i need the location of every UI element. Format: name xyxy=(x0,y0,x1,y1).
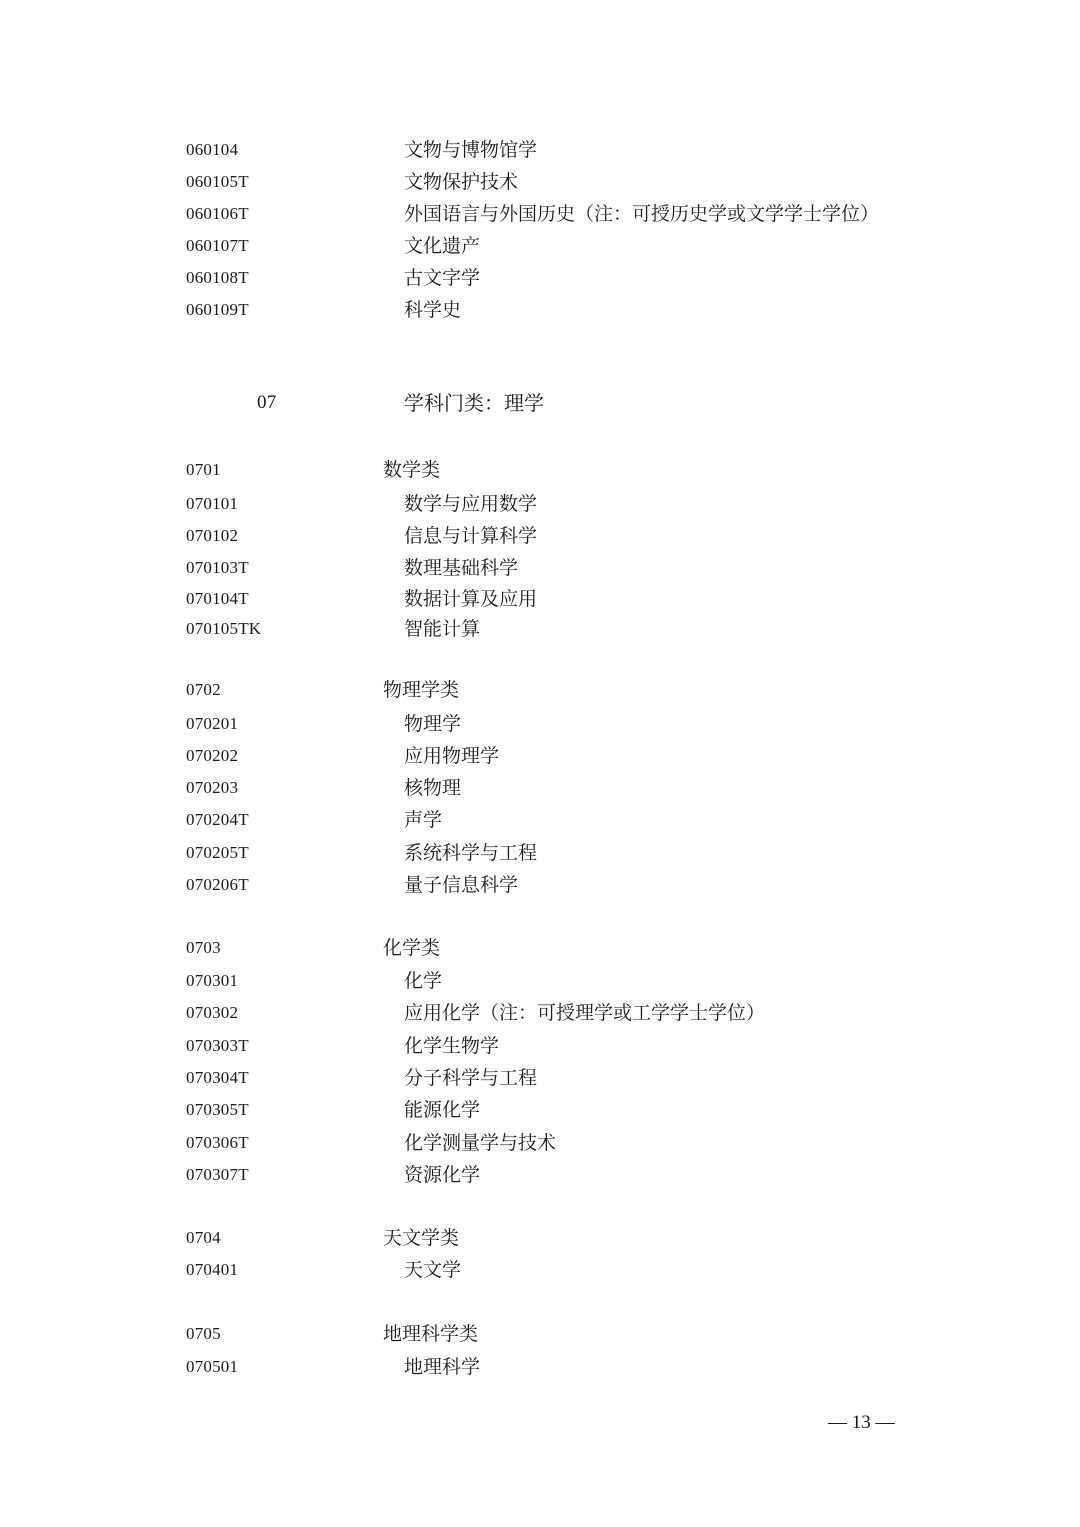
major-row-name: 外国语言与外国历史（注：可授历史学或文学学士学位） xyxy=(404,199,879,229)
major-row-name: 智能计算 xyxy=(404,614,480,644)
major-row-name: 数理基础科学 xyxy=(404,553,518,583)
major-row-code: 070205T xyxy=(186,838,249,868)
major-row: 060105T文物保护技术 xyxy=(0,167,1080,197)
major-row: 070204T声学 xyxy=(0,805,1080,835)
major-row-name: 数学与应用数学 xyxy=(404,489,537,519)
major-row-name: 化学生物学 xyxy=(404,1031,499,1061)
major-row: 070102信息与计算科学 xyxy=(0,521,1080,551)
group-heading-code: 0705 xyxy=(186,1319,221,1349)
major-row: 060107T文化遗产 xyxy=(0,231,1080,261)
group-heading-name: 物理学类 xyxy=(383,675,459,705)
major-row-name: 古文字学 xyxy=(404,263,480,293)
major-row: 070103T数理基础科学 xyxy=(0,553,1080,583)
major-row: 060104文物与博物馆学 xyxy=(0,135,1080,165)
major-row: 070305T能源化学 xyxy=(0,1095,1080,1125)
major-row: 070501地理科学 xyxy=(0,1352,1080,1382)
group-heading-name: 天文学类 xyxy=(383,1223,459,1253)
major-row-code: 060108T xyxy=(186,263,249,293)
major-row-code: 070305T xyxy=(186,1095,249,1125)
group-heading: 0703化学类 xyxy=(0,933,1080,963)
major-row-name: 地理科学 xyxy=(404,1352,480,1382)
major-row-name: 天文学 xyxy=(404,1255,461,1285)
major-row-name: 文物保护技术 xyxy=(404,167,518,197)
major-row-name: 信息与计算科学 xyxy=(404,521,537,551)
group-heading-code: 0701 xyxy=(186,455,221,485)
group-heading-name: 地理科学类 xyxy=(383,1319,478,1349)
major-row-code: 060106T xyxy=(186,199,249,229)
major-row-code: 070201 xyxy=(186,709,238,739)
major-row: 060109T科学史 xyxy=(0,295,1080,325)
group-heading-code: 0702 xyxy=(186,675,221,705)
major-row-code: 070203 xyxy=(186,773,238,803)
major-row: 070306T化学测量学与技术 xyxy=(0,1128,1080,1158)
major-row: 070105TK智能计算 xyxy=(0,614,1080,644)
major-row: 070205T系统科学与工程 xyxy=(0,838,1080,868)
major-row-code: 070301 xyxy=(186,966,238,996)
major-row: 070307T资源化学 xyxy=(0,1160,1080,1190)
major-row: 070203核物理 xyxy=(0,773,1080,803)
major-row: 060106T外国语言与外国历史（注：可授历史学或文学学士学位） xyxy=(0,199,1080,229)
major-row-code: 070202 xyxy=(186,741,238,771)
major-row-code: 060105T xyxy=(186,167,249,197)
major-row: 070201物理学 xyxy=(0,709,1080,739)
major-row-name: 数据计算及应用 xyxy=(404,584,537,614)
major-row-name: 化学测量学与技术 xyxy=(404,1128,556,1158)
major-row-name: 分子科学与工程 xyxy=(404,1063,537,1093)
major-row-code: 070302 xyxy=(186,998,238,1028)
major-row: 070304T分子科学与工程 xyxy=(0,1063,1080,1093)
major-row-code: 070303T xyxy=(186,1031,249,1061)
major-row-name: 化学 xyxy=(404,966,442,996)
group-heading-code: 0703 xyxy=(186,933,221,963)
group-heading-name: 数学类 xyxy=(383,455,440,485)
category-heading-name: 学科门类：理学 xyxy=(404,388,544,418)
major-row-name: 核物理 xyxy=(404,773,461,803)
page-number: — 13 — xyxy=(828,1408,895,1438)
major-row-code: 070307T xyxy=(186,1160,249,1190)
major-row-name: 量子信息科学 xyxy=(404,870,518,900)
group-heading-name: 化学类 xyxy=(383,933,440,963)
major-row: 070206T量子信息科学 xyxy=(0,870,1080,900)
major-row: 070302应用化学（注：可授理学或工学学士学位） xyxy=(0,998,1080,1028)
major-row-code: 070103T xyxy=(186,553,249,583)
major-row-name: 资源化学 xyxy=(404,1160,480,1190)
major-row-code: 060107T xyxy=(186,231,249,261)
group-heading: 0702物理学类 xyxy=(0,675,1080,705)
major-row-code: 070204T xyxy=(186,805,249,835)
major-row: 060108T古文字学 xyxy=(0,263,1080,293)
major-row: 070401天文学 xyxy=(0,1255,1080,1285)
major-row-code: 070401 xyxy=(186,1255,238,1285)
group-heading: 0704天文学类 xyxy=(0,1223,1080,1253)
major-row-code: 070101 xyxy=(186,489,238,519)
major-row-code: 060104 xyxy=(186,135,238,165)
major-row-code: 070206T xyxy=(186,870,249,900)
major-row-name: 能源化学 xyxy=(404,1095,480,1125)
major-row-code: 060109T xyxy=(186,295,249,325)
major-row: 070101数学与应用数学 xyxy=(0,489,1080,519)
group-heading-code: 0704 xyxy=(186,1223,221,1253)
major-row: 070202应用物理学 xyxy=(0,741,1080,771)
major-row-code: 070306T xyxy=(186,1128,249,1158)
major-row-name: 应用物理学 xyxy=(404,741,499,771)
group-heading: 0705地理科学类 xyxy=(0,1319,1080,1349)
major-row: 070301化学 xyxy=(0,966,1080,996)
category-heading: 07学科门类：理学 xyxy=(0,388,1080,418)
group-heading: 0701数学类 xyxy=(0,455,1080,485)
major-row-code: 070102 xyxy=(186,521,238,551)
major-row-code: 070105TK xyxy=(186,614,261,644)
major-row-name: 物理学 xyxy=(404,709,461,739)
major-row-name: 声学 xyxy=(404,805,442,835)
major-row-code: 070501 xyxy=(186,1352,238,1382)
major-row-name: 应用化学（注：可授理学或工学学士学位） xyxy=(404,998,765,1028)
category-heading-code: 07 xyxy=(257,388,276,418)
major-row-name: 系统科学与工程 xyxy=(404,838,537,868)
major-row-name: 文化遗产 xyxy=(404,231,480,261)
major-row-name: 科学史 xyxy=(404,295,461,325)
major-row: 070303T化学生物学 xyxy=(0,1031,1080,1061)
major-row: 070104T数据计算及应用 xyxy=(0,584,1080,614)
major-row-code: 070104T xyxy=(186,584,249,614)
major-row-name: 文物与博物馆学 xyxy=(404,135,537,165)
major-row-code: 070304T xyxy=(186,1063,249,1093)
